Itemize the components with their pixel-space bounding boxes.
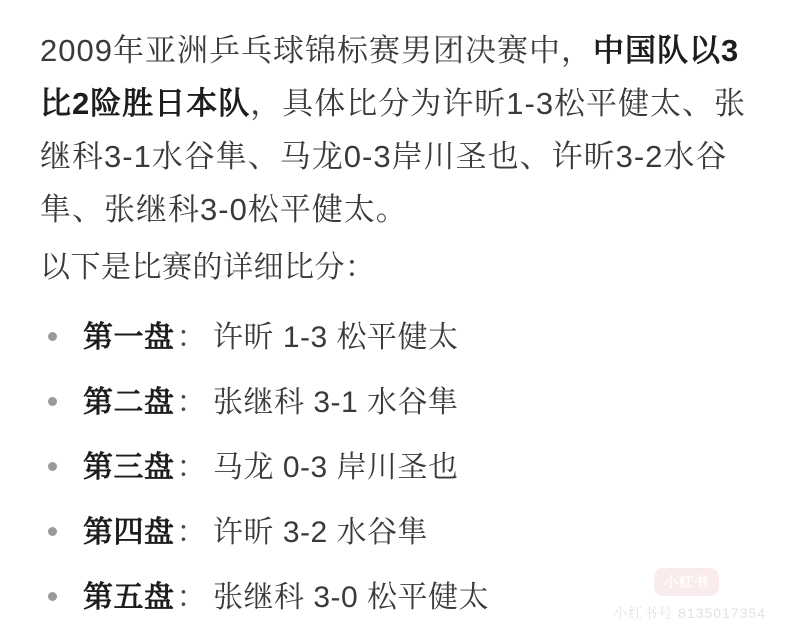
set-colon: ： xyxy=(177,507,208,551)
set-label: 第三盘 xyxy=(83,442,175,486)
list-intro: 以下是比赛的详细比分： xyxy=(40,250,770,286)
summary-line: 比2险胜日本队，具体比分为许昕1-3松平健太、张 xyxy=(40,77,770,130)
set-score: 张继科 3-0 松平健太 xyxy=(213,572,489,616)
set-colon: ： xyxy=(177,377,208,421)
set-label: 第二盘 xyxy=(83,377,175,421)
set-label: 第五盘 xyxy=(83,572,175,616)
bullet-icon xyxy=(48,527,57,536)
bullet-icon xyxy=(48,592,57,601)
bold-text-segment: 比2险胜日本队 xyxy=(40,86,250,121)
summary-line: 继科3-1水谷隼、马龙0-3岸川圣也、许昕3-2水谷 xyxy=(40,130,770,183)
bullet-icon xyxy=(48,462,57,471)
set-score: 许昕 3-2 水谷隼 xyxy=(213,507,428,551)
summary-paragraph: 2009年亚洲乒乓球锦标赛男团决赛中，中国队以3比2险胜日本队，具体比分为许昕1… xyxy=(40,24,770,236)
score-row: 第五盘：张继科 3-0 松平健太 xyxy=(40,578,770,610)
text-segment: 2009年亚洲乒乓球锦标赛男团决赛中， xyxy=(40,33,593,68)
score-list: 第一盘：许昕 1-3 松平健太第二盘：张继科 3-1 水谷隼第三盘：马龙 0-3… xyxy=(40,318,770,610)
text-segment: 继科3-1水谷隼、马龙0-3岸川圣也、许昕3-2水谷 xyxy=(40,139,727,174)
text-segment: 隼、张继科3-0松平健太。 xyxy=(40,192,408,227)
set-label: 第四盘 xyxy=(83,507,175,551)
score-row: 第二盘：张继科 3-1 水谷隼 xyxy=(40,383,770,415)
set-colon: ： xyxy=(177,312,208,356)
score-row: 第四盘：许昕 3-2 水谷隼 xyxy=(40,513,770,545)
summary-line: 隼、张继科3-0松平健太。 xyxy=(40,183,770,236)
bullet-icon xyxy=(48,397,57,406)
score-row: 第一盘：许昕 1-3 松平健太 xyxy=(40,318,770,350)
bold-text-segment: 中国队以3 xyxy=(593,33,739,68)
set-colon: ： xyxy=(177,442,208,486)
bullet-icon xyxy=(48,332,57,341)
summary-line: 2009年亚洲乒乓球锦标赛男团决赛中，中国队以3 xyxy=(40,24,770,77)
set-score: 马龙 0-3 岸川圣也 xyxy=(213,442,459,486)
set-colon: ： xyxy=(177,572,208,616)
article-page: 2009年亚洲乒乓球锦标赛男团决赛中，中国队以3比2险胜日本队，具体比分为许昕1… xyxy=(0,0,800,643)
set-score: 许昕 1-3 松平健太 xyxy=(213,312,459,356)
set-score: 张继科 3-1 水谷隼 xyxy=(213,377,459,421)
text-segment: ，具体比分为许昕1-3松平健太、张 xyxy=(250,86,746,121)
score-row: 第三盘：马龙 0-3 岸川圣也 xyxy=(40,448,770,480)
set-label: 第一盘 xyxy=(83,312,175,356)
